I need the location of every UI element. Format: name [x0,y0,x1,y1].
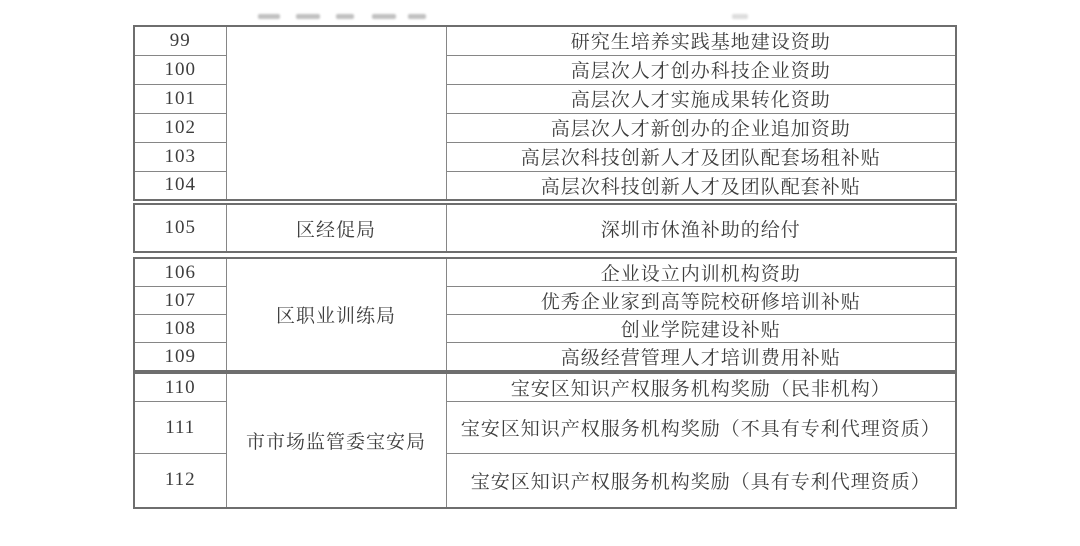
cropped-text-remnant [336,14,354,19]
item-cell: 宝安区知识产权服务机构奖励（民非机构） [446,373,956,402]
row-number-cell: 102 [134,113,226,142]
table-row: 106 区职业训练局 企业设立内训机构资助 [134,258,956,287]
item-cell: 宝安区知识产权服务机构奖励（不具有专利代理资质） [446,402,956,454]
cropped-text-remnant [258,14,280,19]
subsidy-table-section-99-104: 99 研究生培养实践基地建设资助 100 高层次人才创办科技企业资助 101 高… [133,25,957,201]
row-number-cell: 104 [134,171,226,200]
row-number-cell: 105 [134,204,226,252]
cropped-text-remnant [296,14,320,19]
subsidy-table-section-105: 105 区经促局 深圳市休渔补助的给付 [133,203,957,253]
department-cell: 区职业训练局 [226,258,446,371]
document-page: 99 研究生培养实践基地建设资助 100 高层次人才创办科技企业资助 101 高… [0,0,1080,546]
row-number-cell: 101 [134,84,226,113]
row-number-cell: 100 [134,55,226,84]
item-cell: 高层次人才实施成果转化资助 [446,84,956,113]
department-cell: 市市场监管委宝安局 [226,373,446,508]
department-cell [226,26,446,200]
row-number-cell: 112 [134,454,226,508]
cropped-text-remnant [372,14,396,19]
item-cell: 高层次科技创新人才及团队配套场租补贴 [446,142,956,171]
row-number-cell: 106 [134,258,226,287]
row-number-cell: 108 [134,315,226,343]
item-cell: 高层次人才新创办的企业追加资助 [446,113,956,142]
cropped-text-remnant [408,14,426,19]
subsidy-table-section-110-112: 110 市市场监管委宝安局 宝安区知识产权服务机构奖励（民非机构） 111 宝安… [133,372,957,509]
row-number-cell: 110 [134,373,226,402]
row-number-cell: 99 [134,26,226,55]
item-cell: 高层次人才创办科技企业资助 [446,55,956,84]
item-cell: 企业设立内训机构资助 [446,258,956,287]
item-cell: 宝安区知识产权服务机构奖励（具有专利代理资质） [446,454,956,508]
item-cell: 深圳市休渔补助的给付 [446,204,956,252]
item-cell: 高级经营管理人才培训费用补贴 [446,343,956,372]
item-cell: 优秀企业家到高等院校研修培训补贴 [446,287,956,315]
table-row: 110 市市场监管委宝安局 宝安区知识产权服务机构奖励（民非机构） [134,373,956,402]
cropped-text-remnant [732,14,748,19]
item-cell: 创业学院建设补贴 [446,315,956,343]
row-number-cell: 111 [134,402,226,454]
table-row: 99 研究生培养实践基地建设资助 [134,26,956,55]
row-number-cell: 103 [134,142,226,171]
item-cell: 高层次科技创新人才及团队配套补贴 [446,171,956,200]
table-row: 105 区经促局 深圳市休渔补助的给付 [134,204,956,252]
item-cell: 研究生培养实践基地建设资助 [446,26,956,55]
row-number-cell: 109 [134,343,226,372]
department-cell: 区经促局 [226,204,446,252]
subsidy-table-section-106-109: 106 区职业训练局 企业设立内训机构资助 107 优秀企业家到高等院校研修培训… [133,257,957,372]
row-number-cell: 107 [134,287,226,315]
